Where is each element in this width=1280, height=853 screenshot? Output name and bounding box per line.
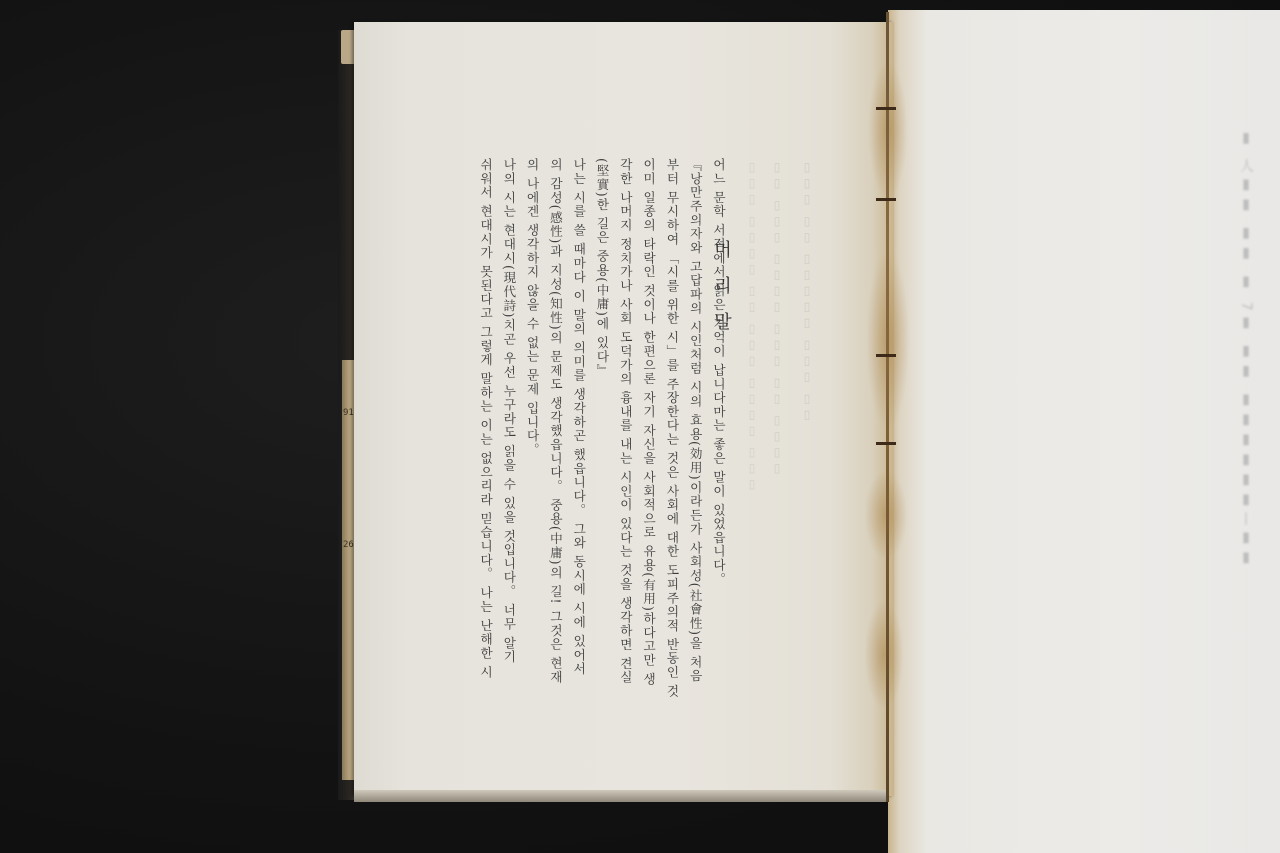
text-column: 나의 시는 현대시(現代詩)치곤 우선 누구라도 읽을 수 있을 것입니다。 너… <box>497 158 520 718</box>
right-page-bleed-through: ▮ 人▮▮ ▮▮ ▮ 7▮ ▮▮ ▮▮▮▮▮▮—▮▮ <box>1236 130 1256 690</box>
text-column: 『낭만주의자와 고답파의 시인처럼 시의 효용(効用)이라든가 사회성(社會性)… <box>683 158 706 718</box>
text-column: 쉬워서 현대시가 못된다고 그렇게 말하는 이는 없으리라 믿습니다。 나는 난… <box>474 158 497 718</box>
spine-mark: 91 <box>343 408 354 418</box>
text-column: (堅實)한 길은 중용(中庸)에 있다』 <box>590 158 613 718</box>
foxing-stain <box>864 600 904 710</box>
text-column: 어느 문학 서적에서 읽은 기억이 납니다마는 좋은 말이 있었읍니다。 <box>707 158 730 718</box>
preface-body: 어느 문학 서적에서 읽은 기억이 납니다마는 좋은 말이 있었읍니다。 『낭만… <box>440 158 730 718</box>
text-column: 나는 시를 쓸 때마다 이 말의 의미를 생각하곤 했읍니다。 그와 동시에 시… <box>567 158 590 718</box>
text-column: 이미 일종의 타락인 것이나 한편으론 자기 자신을 사회적으로 유용(有用)하… <box>637 158 660 718</box>
text-column: 의 나에겐 생각하지 않을 수 없는 문제 입니다。 <box>520 158 543 718</box>
text-column: 각한 나머지 정치가나 사회 도덕가의 흉내를 내는 시인이 있다는 것을 생각… <box>614 158 637 718</box>
bleed-through-text: ▯▯▯ ▯▯▯▯ ▯▯ ▯▯▯ ▯▯▯▯ ▯▯▯ <box>745 160 759 720</box>
right-page: ▮ 人▮▮ ▮▮ ▮ 7▮ ▮▮ ▮▮▮▮▮▮—▮▮ <box>888 10 1280 853</box>
binding-stitch <box>876 107 896 110</box>
book-gutter <box>886 12 889 802</box>
binding-stitch <box>876 442 896 445</box>
text-column: 부터 무시하여 「시를 위한 시」를 주장한다는 것은 사회에 대한 도피주의적… <box>660 158 683 718</box>
spine-mark: 26 <box>343 540 354 550</box>
binding-stitch <box>876 354 896 357</box>
page-bottom-edge <box>354 790 888 802</box>
bleed-through-text: ▯▯▯ ▯▯ ▯▯▯▯▯ ▯▯▯ ▯▯ <box>800 160 814 720</box>
bleed-through-text: ▯▯ ▯▯▯ ▯▯▯▯ ▯▯▯ ▯▯ ▯▯▯▯ <box>770 160 784 720</box>
text-column: 의 감성(感性)과 지성(知性)의 문제도 생각했읍니다。 중용(中庸)의 길!… <box>544 158 567 718</box>
binding-stitch <box>876 198 896 201</box>
